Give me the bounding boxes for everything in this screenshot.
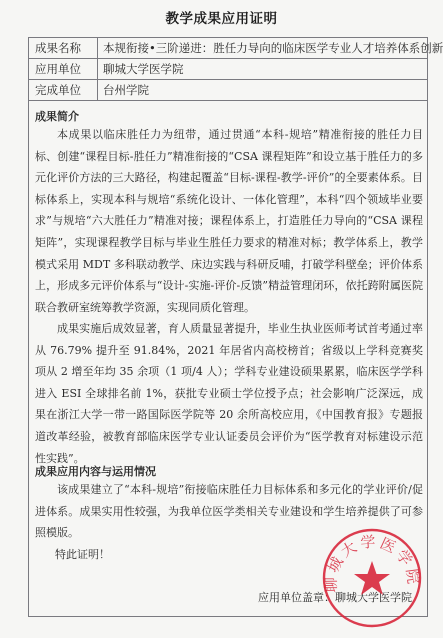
info-label: 成果名称 [29,38,98,58]
info-value: 台州学院 [103,80,149,100]
closing-statement: 特此证明！ [55,546,110,562]
info-value: 聊城大学医学院 [103,59,184,79]
info-label: 应用单位 [29,59,98,79]
info-row-achievement-name: 成果名称 本规衔接•三阶递进：胜任力导向的临床医学专业人才培养体系创新 [29,38,427,59]
info-value: 本规衔接•三阶递进：胜任力导向的临床医学专业人才培养体系创新 [103,38,443,58]
info-row-applying-unit: 应用单位 聊城大学医学院 [29,59,427,80]
signature-line: 应用单位盖章：聊城大学医学院 [258,589,412,605]
summary-heading: 成果简介 [35,108,79,124]
summary-paragraph-1: 本成果以临床胜任力为纽带，通过贯通“本科-规培”精准衔接的胜任力目标、创建“课程… [35,124,423,318]
document-title: 教学成果应用证明 [0,7,443,27]
info-label: 完成单位 [29,80,98,100]
summary-paragraph-2: 成果实施后成效显著，育人质量显著提升，毕业生执业医师考试首考通过率从 76.79… [35,318,423,469]
application-paragraph: 该成果建立了“本科-规培”衔接临床胜任力目标体系和多元化的学业评价/促进体系。成… [35,479,423,544]
info-row-completing-unit: 完成单位 台州学院 [29,80,427,101]
certificate-table: 成果名称 本规衔接•三阶递进：胜任力导向的临床医学专业人才培养体系创新 应用单位… [28,37,428,617]
application-heading: 成果应用内容与运用情况 [35,463,156,479]
